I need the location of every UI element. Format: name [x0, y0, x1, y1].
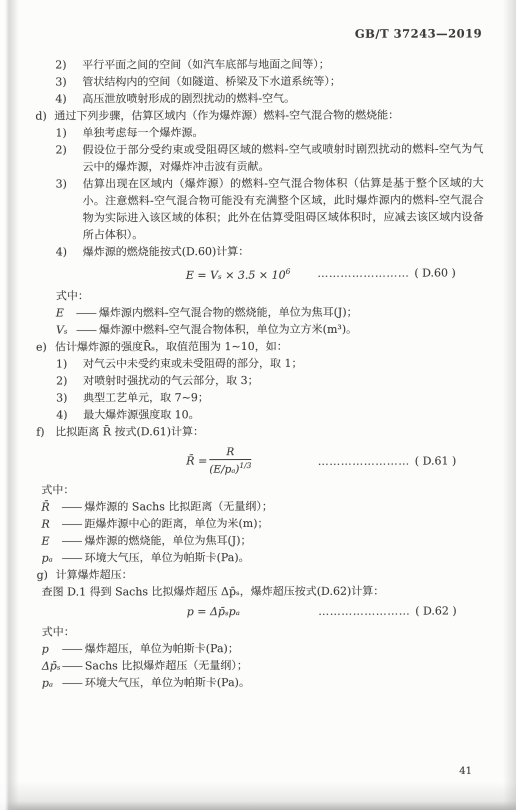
- page-body: GB/T 37243—2019 2) 平行平面之间的空间（如汽车底部与地面之间等…: [0, 0, 516, 692]
- item-e-sublist: 1) 对气云中未受约束或未受阻碍的部分，取 1； 2) 对喷射时强扰动的气云部分…: [36, 354, 484, 423]
- list-item-number: 2): [56, 372, 83, 389]
- dot-leader: ……………………: [240, 603, 415, 620]
- definition-symbol: E: [56, 304, 76, 321]
- formula-d60-expression: E = Vₛ × 3.5 × 106: [186, 263, 291, 284]
- d62-definitions: 式中： p —— 爆炸超压，单位为帕斯卡(Pa)； Δp̄ₛ —— Sachs …: [37, 623, 485, 692]
- definition-symbol: R: [41, 516, 61, 533]
- formula-d61: R̄ =R(E/pₐ)1/3 …………………… ( D.61 ): [36, 439, 484, 482]
- list-item-text: 最大爆炸源强度取 10。: [83, 405, 484, 423]
- list-item-number: 3): [55, 73, 82, 90]
- definition-row: pₐ —— 环境大气压，单位为帕斯卡(Pa)。: [42, 674, 485, 692]
- list-item: 2) 假设位于部分受约束或受阻碍区域的燃料-空气或喷射时剧烈扰动的燃料-空气为气…: [55, 140, 483, 175]
- definition-text: 爆炸源中燃料-空气混合物体积，单位为立方米(m³)。: [99, 320, 484, 338]
- list-item-number: 1): [55, 124, 82, 141]
- page-number: 41: [459, 763, 472, 780]
- definition-symbol: pₐ: [42, 550, 62, 567]
- fraction: R(E/pₐ)1/3: [209, 446, 251, 477]
- definition-dash: ——: [62, 675, 85, 692]
- list-item-number: 1): [56, 355, 83, 372]
- definition-symbol: R̄: [41, 499, 61, 516]
- definition-dash: ——: [61, 499, 84, 516]
- item-f-heading: f) 比拟距离 R̄ 按式(D.61)计算：: [36, 422, 484, 440]
- definition-text: 爆炸源的 Sachs 比拟距离（无量纲）；: [84, 498, 484, 516]
- item-g-heading: g) 计算爆炸超压：: [37, 566, 485, 584]
- list-item-text: 对喷射时强扰动的气云部分，取 3；: [83, 371, 484, 389]
- definition-dash: ——: [62, 658, 85, 675]
- item-text: 估计爆炸源的强度R̄ₛ，取值范围为 1~10，如：: [55, 337, 484, 355]
- formula-d60: E = Vₛ × 3.5 × 106 …………………… ( D.60 ): [36, 259, 484, 287]
- item-text: 比拟距离 R̄ 按式(D.61)计算：: [55, 422, 484, 440]
- top-list: 2) 平行平面之间的空间（如汽车底部与地面之间等）； 3) 管状结构内的空间（如…: [35, 55, 483, 107]
- definition-text: 环境大气压，单位为帕斯卡(Pa)。: [85, 674, 485, 692]
- where-label: 式中：: [42, 623, 485, 641]
- item-label: d): [35, 108, 54, 125]
- dot-leader: ……………………: [290, 264, 414, 281]
- item-g-paragraph: 查图 D.1 得到 Sachs 比拟爆炸超压 Δp̄ₛ，爆炸超压按式(D.62)…: [37, 583, 485, 601]
- formula-d62-expression: p = Δp̄ₛpₐ: [187, 603, 240, 620]
- list-item-text: 爆炸源的燃烧能按式(D.60)计算：: [83, 242, 484, 260]
- definition-text: 爆炸超压，单位为帕斯卡(Pa)；: [85, 640, 485, 658]
- list-item-number: 3): [56, 389, 83, 406]
- list-item-text: 对气云中未受约束或未受阻碍的部分，取 1；: [83, 354, 484, 372]
- list-item-text: 估算出现在区域内（爆炸源）的燃料-空气混合物体积（估算是基于整个区域的大小。注意…: [83, 174, 484, 243]
- definition-row: R̄ —— 爆炸源的 Sachs 比拟距离（无量纲）；: [41, 498, 484, 516]
- definition-row: p —— 爆炸超压，单位为帕斯卡(Pa)；: [42, 640, 485, 658]
- list-item-number: 4): [55, 90, 82, 107]
- item-d-sublist: 1) 单独考虑每一个爆炸源。 2) 假设位于部分受约束或受阻碍区域的燃料-空气或…: [35, 123, 483, 260]
- definition-row: E —— 爆炸源内燃料-空气混合物的燃烧能，单位为焦耳(J)；: [56, 303, 484, 321]
- list-item: 3) 估算出现在区域内（爆炸源）的燃料-空气混合物体积（估算是基于整个区域的大小…: [56, 174, 484, 243]
- definition-row: Vₛ —— 爆炸源中燃料-空气混合物体积，单位为立方米(m³)。: [56, 320, 484, 338]
- doc-number: GB/T 37243—2019: [0, 25, 482, 43]
- formula-d61-expression: R̄ =R(E/pₐ)1/3: [186, 446, 251, 477]
- item-label: g): [37, 567, 56, 584]
- definition-symbol: pₐ: [42, 675, 62, 692]
- where-label: 式中：: [41, 481, 484, 499]
- definition-dash: ——: [76, 321, 99, 338]
- content: 2) 平行平面之间的空间（如汽车底部与地面之间等）； 3) 管状结构内的空间（如…: [0, 55, 516, 692]
- definition-text: 距爆炸源中心的距离，单位为米(m)；: [84, 515, 484, 533]
- list-item: 2) 对喷射时强扰动的气云部分，取 3；: [56, 371, 484, 389]
- list-item: 4) 最大爆炸源强度取 10。: [56, 405, 484, 423]
- list-item: 1) 对气云中未受约束或未受阻碍的部分，取 1；: [56, 354, 484, 372]
- equation-number: ( D.60 ): [414, 264, 456, 281]
- item-text: 计算爆炸超压：: [56, 566, 485, 584]
- definition-row: E —— 爆炸源的燃烧能，单位为焦耳(J)；: [41, 532, 484, 550]
- item-text: 通过下列步骤，估算区域内（作为爆炸源）燃料-空气混合物的燃烧能：: [54, 106, 483, 124]
- scanned-page: GB/T 37243—2019 2) 平行平面之间的空间（如汽车底部与地面之间等…: [0, 0, 516, 810]
- list-item: 4) 爆炸源的燃烧能按式(D.60)计算：: [56, 242, 484, 260]
- definition-dash: ——: [62, 641, 85, 658]
- item-label: f): [36, 423, 55, 440]
- definition-dash: ——: [61, 516, 84, 533]
- formula-d60-base: E = Vₛ × 3.5 × 10: [186, 269, 286, 282]
- list-item-number: 4): [56, 243, 83, 260]
- d60-definitions: 式中： E —— 爆炸源内燃料-空气混合物的燃烧能，单位为焦耳(J)； Vₛ —…: [36, 286, 484, 338]
- d61-definitions: 式中： R̄ —— 爆炸源的 Sachs 比拟距离（无量纲）； R —— 距爆炸…: [36, 481, 484, 567]
- definition-symbol: p: [42, 641, 62, 658]
- definition-dash: ——: [62, 550, 85, 567]
- list-item-text: 假设位于部分受约束或受阻碍区域的燃料-空气或喷射时剧烈扰动的燃料-空气为气云中的…: [82, 140, 483, 175]
- definition-text: 爆炸源的燃烧能，单位为焦耳(J)；: [84, 532, 484, 550]
- list-item: 1) 单独考虑每一个爆炸源。: [55, 123, 483, 141]
- definition-dash: ——: [61, 533, 84, 550]
- list-item-number: 2): [55, 141, 82, 175]
- definition-symbol: E: [41, 533, 61, 550]
- where-label: 式中：: [56, 286, 484, 304]
- list-item: 4) 高压泄放喷射形成的剧烈扰动的燃料-空气。: [55, 89, 483, 107]
- fraction-denominator-base: (E/pₐ): [209, 464, 239, 476]
- fraction-numerator: R: [209, 446, 251, 461]
- list-item-number: 2): [55, 56, 82, 73]
- formula-d61-lhs: R̄ =: [186, 454, 207, 467]
- list-item-text: 典型工艺单元，取 7~9；: [83, 388, 484, 406]
- list-item: 3) 管状结构内的空间（如隧道、桥梁及下水道系统等）；: [55, 72, 483, 90]
- list-item-text: 管状结构内的空间（如隧道、桥梁及下水道系统等）；: [82, 72, 483, 90]
- dot-leader: ……………………: [251, 452, 414, 469]
- fraction-denominator-exponent: 1/3: [239, 461, 251, 470]
- list-item-text: 单独考虑每一个爆炸源。: [82, 123, 483, 141]
- definition-symbol: Δp̄ₛ: [42, 658, 62, 675]
- formula-d62: p = Δp̄ₛpₐ …………………… ( D.62 ): [37, 600, 485, 624]
- fraction-denominator: (E/pₐ)1/3: [209, 460, 251, 476]
- list-item-number: 4): [56, 406, 83, 423]
- list-item: 3) 典型工艺单元，取 7~9；: [56, 388, 484, 406]
- definition-text: Sachs 比拟爆炸超压（无量纲）；: [85, 657, 485, 675]
- definition-dash: ——: [76, 304, 99, 321]
- equation-number: ( D.62 ): [415, 603, 457, 620]
- item-d-heading: d) 通过下列步骤，估算区域内（作为爆炸源）燃料-空气混合物的燃烧能：: [35, 106, 483, 124]
- definition-text: 环境大气压，单位为帕斯卡(Pa)。: [85, 549, 485, 567]
- list-item-text: 高压泄放喷射形成的剧烈扰动的燃料-空气。: [82, 89, 483, 107]
- definition-symbol: Vₛ: [56, 321, 76, 338]
- definition-row: pₐ —— 环境大气压，单位为帕斯卡(Pa)。: [42, 549, 485, 567]
- item-label: e): [36, 338, 55, 355]
- equation-number: ( D.61 ): [415, 452, 457, 469]
- list-item-number: 3): [56, 175, 83, 243]
- list-item-text: 平行平面之间的空间（如汽车底部与地面之间等）；: [82, 55, 483, 73]
- definition-row: R —— 距爆炸源中心的距离，单位为米(m)；: [41, 515, 484, 533]
- definition-text: 爆炸源内燃料-空气混合物的燃烧能，单位为焦耳(J)；: [99, 303, 484, 321]
- definition-row: Δp̄ₛ —— Sachs 比拟爆炸超压（无量纲）；: [42, 657, 485, 675]
- item-e-heading: e) 估计爆炸源的强度R̄ₛ，取值范围为 1~10，如：: [36, 337, 484, 355]
- list-item: 2) 平行平面之间的空间（如汽车底部与地面之间等）；: [55, 55, 483, 73]
